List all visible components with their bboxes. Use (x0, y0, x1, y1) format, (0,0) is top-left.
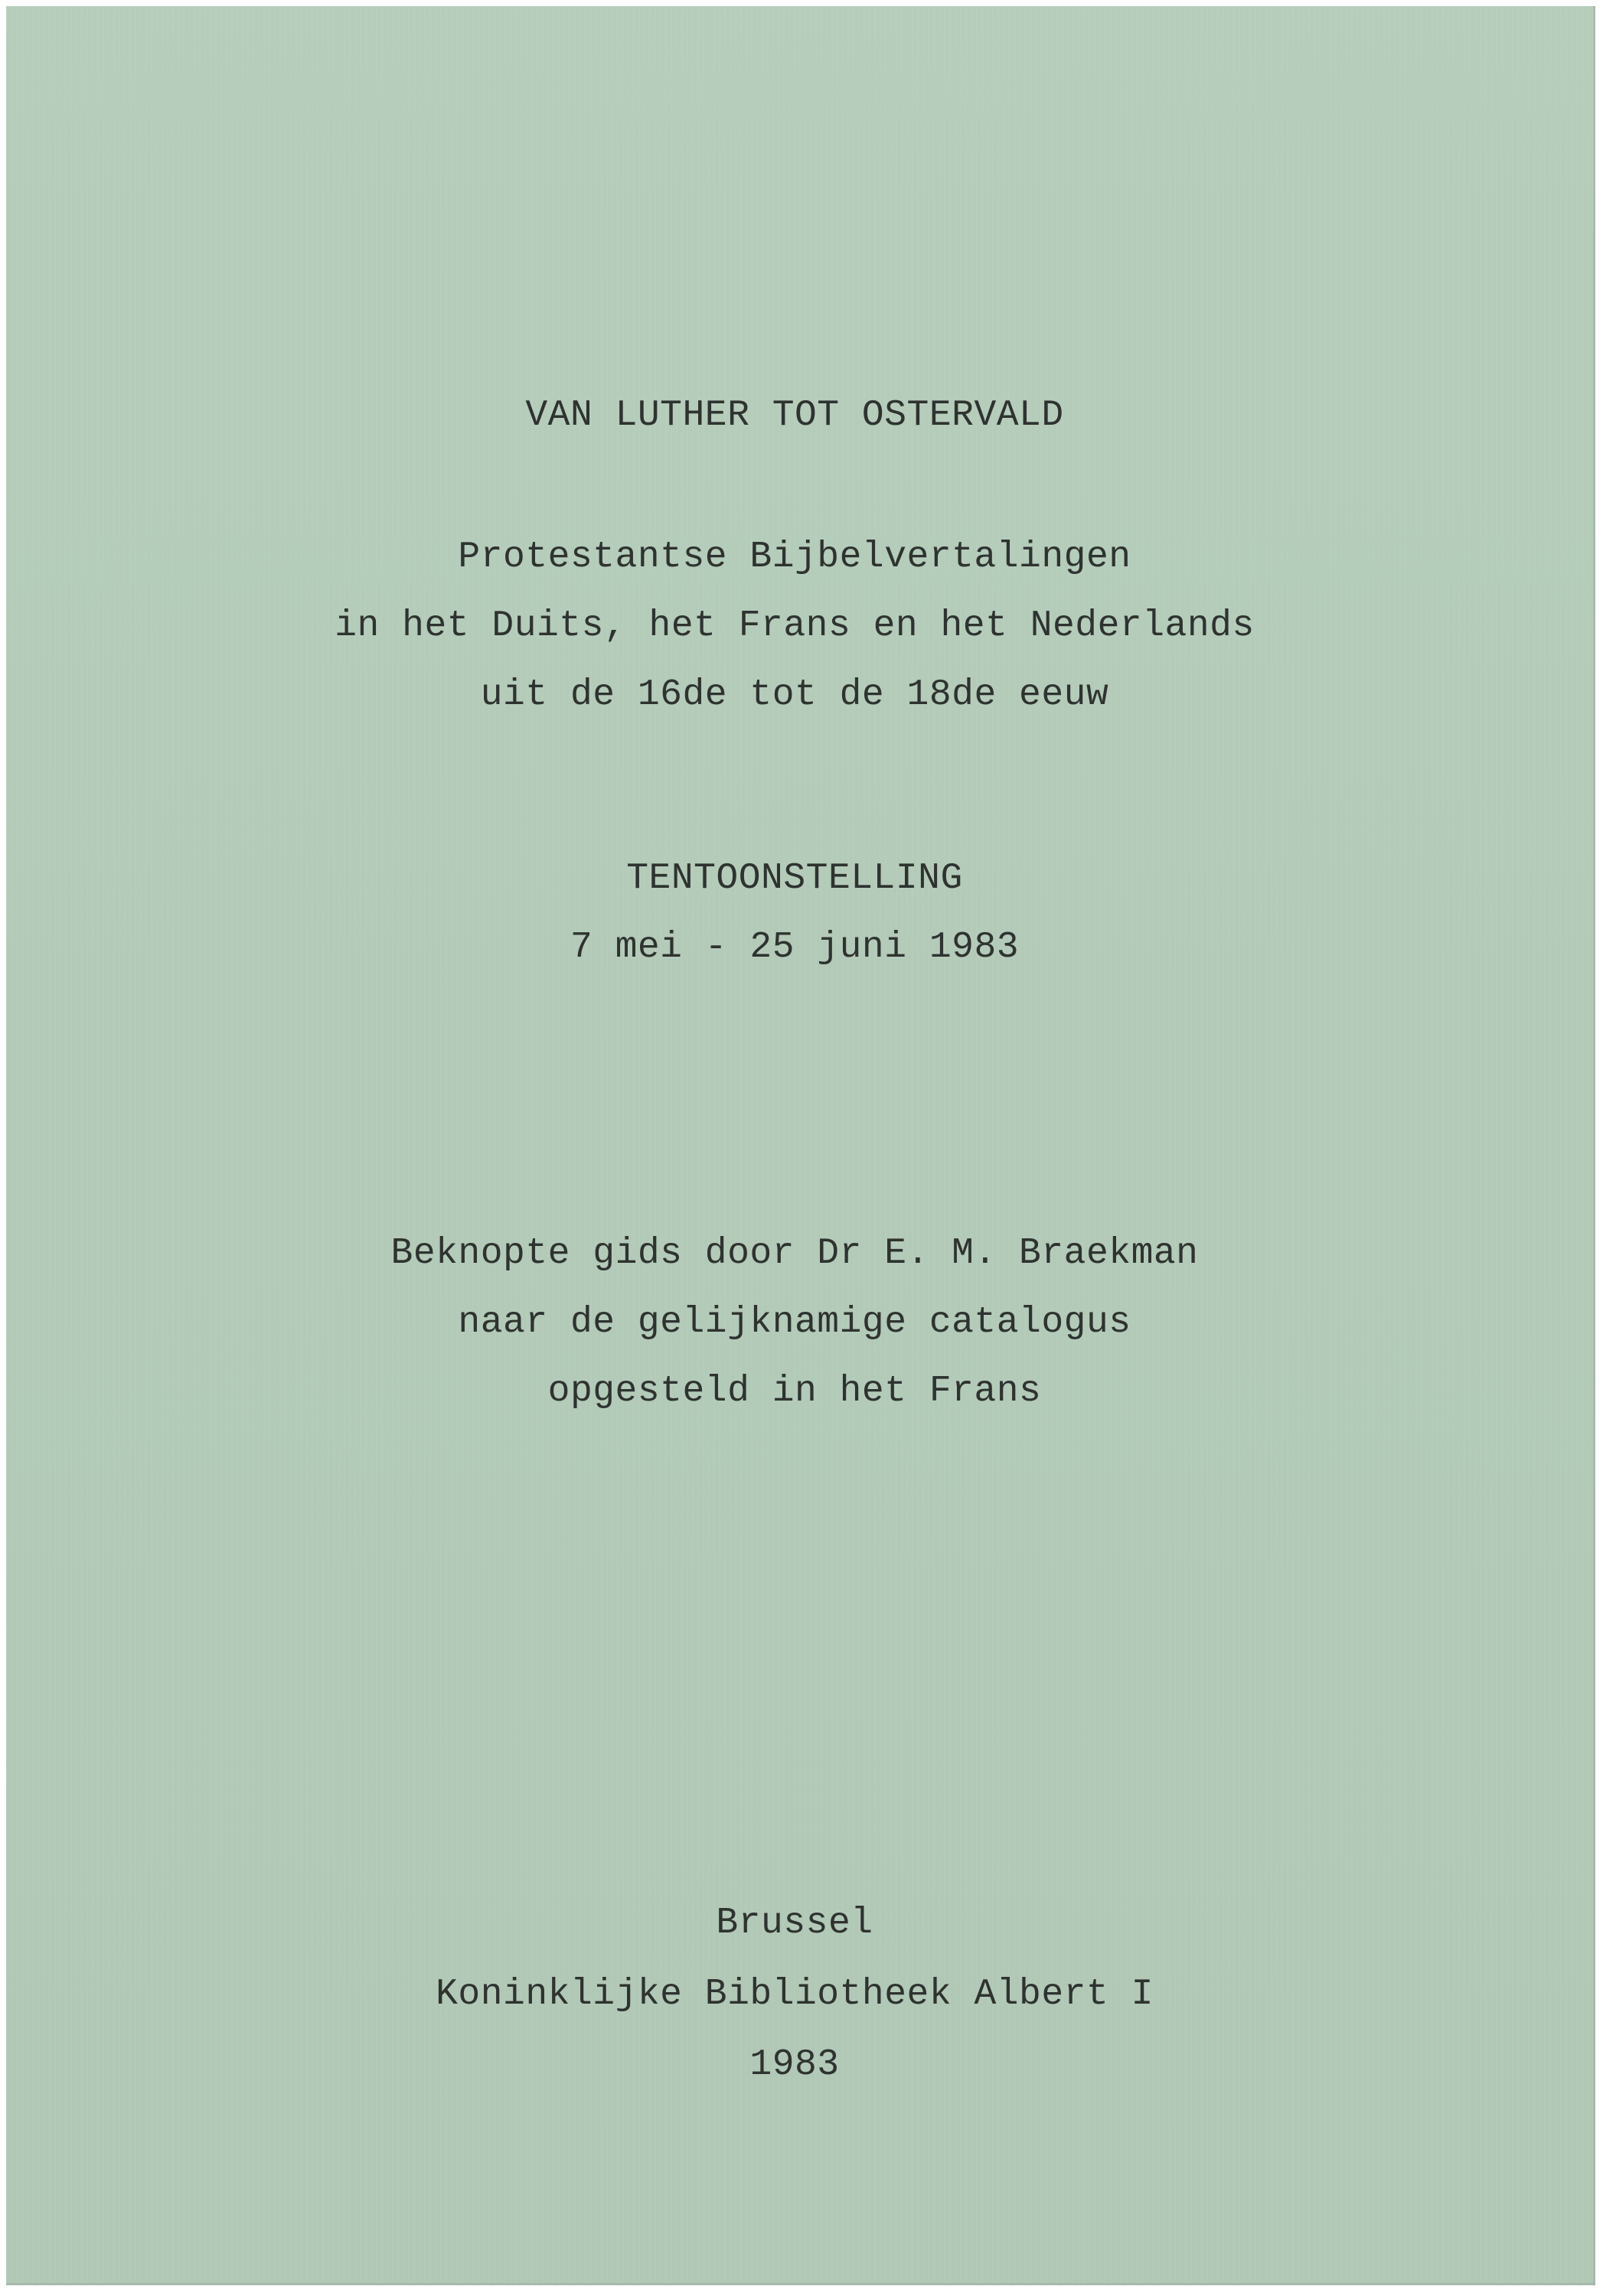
imprint-place: Brussel (6, 1900, 1583, 1946)
subtitle-line-1: Protestantse Bijbelvertalingen (6, 534, 1583, 580)
guide-line-2: naar de gelijknamige catalogus (6, 1300, 1583, 1345)
cover-title: VAN LUTHER TOT OSTERVALD (6, 393, 1583, 439)
subtitle-line-3: uit de 16de tot de 18de eeuw (6, 672, 1583, 718)
imprint-publisher: Koninklijke Bibliotheek Albert I (6, 1971, 1583, 2017)
guide-line-3: opgesteld in het Frans (6, 1368, 1583, 1414)
exhibition-dates: 7 mei - 25 juni 1983 (6, 925, 1583, 970)
imprint-year: 1983 (6, 2042, 1583, 2088)
booklet-cover: VAN LUTHER TOT OSTERVALD Protestantse Bi… (6, 6, 1595, 2285)
exhibition-label: TENTOONSTELLING (6, 856, 1583, 902)
guide-line-1: Beknopte gids door Dr E. M. Braekman (6, 1231, 1583, 1277)
subtitle-line-2: in het Duits, het Frans en het Nederland… (6, 603, 1583, 649)
